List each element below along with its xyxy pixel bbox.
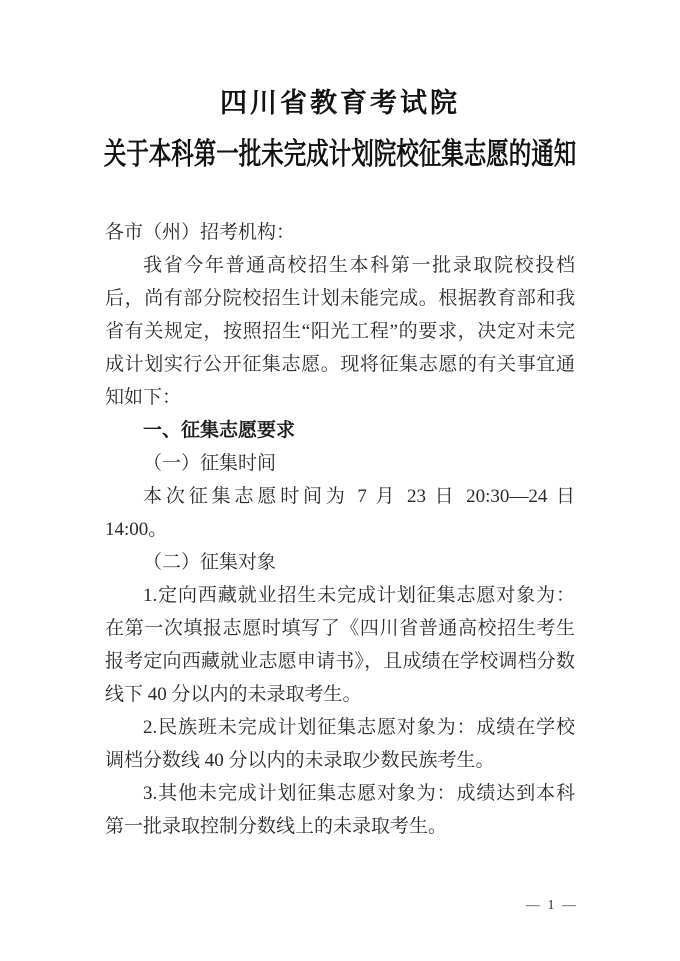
doc-title-text: 关于本科第一批未完成计划院校征集志愿的通知 (104, 136, 577, 174)
collection-time-text: 本次征集志愿时间为 7 月 23 日 20:30—24 日 14:00。 (105, 480, 575, 546)
target-item-tibet: 1.定向西藏就业招生未完成计划征集志愿对象为：在第一次填报志愿时填写了《四川省普… (105, 579, 575, 711)
document-page: 四川省教育考试院 关于本科第一批未完成计划院校征集志愿的通知 各市（州）招考机构… (0, 0, 680, 961)
subsection-time-heading: （一）征集时间 (105, 447, 575, 480)
page-number: — 1 — (526, 898, 578, 914)
intro-paragraph: 我省今年普通高校招生本科第一批录取院校投档后，尚有部分院校招生计划未能完成。根据… (105, 249, 575, 414)
org-title: 四川省教育考试院 (0, 0, 680, 120)
document-body: 各市（州）招考机构： 我省今年普通高校招生本科第一批录取院校投档后，尚有部分院校… (105, 216, 575, 843)
doc-title: 关于本科第一批未完成计划院校征集志愿的通知 (0, 136, 680, 174)
target-item-other: 3.其他未完成计划征集志愿对象为：成绩达到本科第一批录取控制分数线上的未录取考生… (105, 777, 575, 843)
section-1-heading: 一、征集志愿要求 (105, 414, 575, 447)
target-item-minority-class: 2.民族班未完成计划征集志愿对象为：成绩在学校调档分数线 40 分以内的未录取少… (105, 711, 575, 777)
salutation-line: 各市（州）招考机构： (105, 216, 575, 249)
subsection-target-heading: （二）征集对象 (105, 546, 575, 579)
